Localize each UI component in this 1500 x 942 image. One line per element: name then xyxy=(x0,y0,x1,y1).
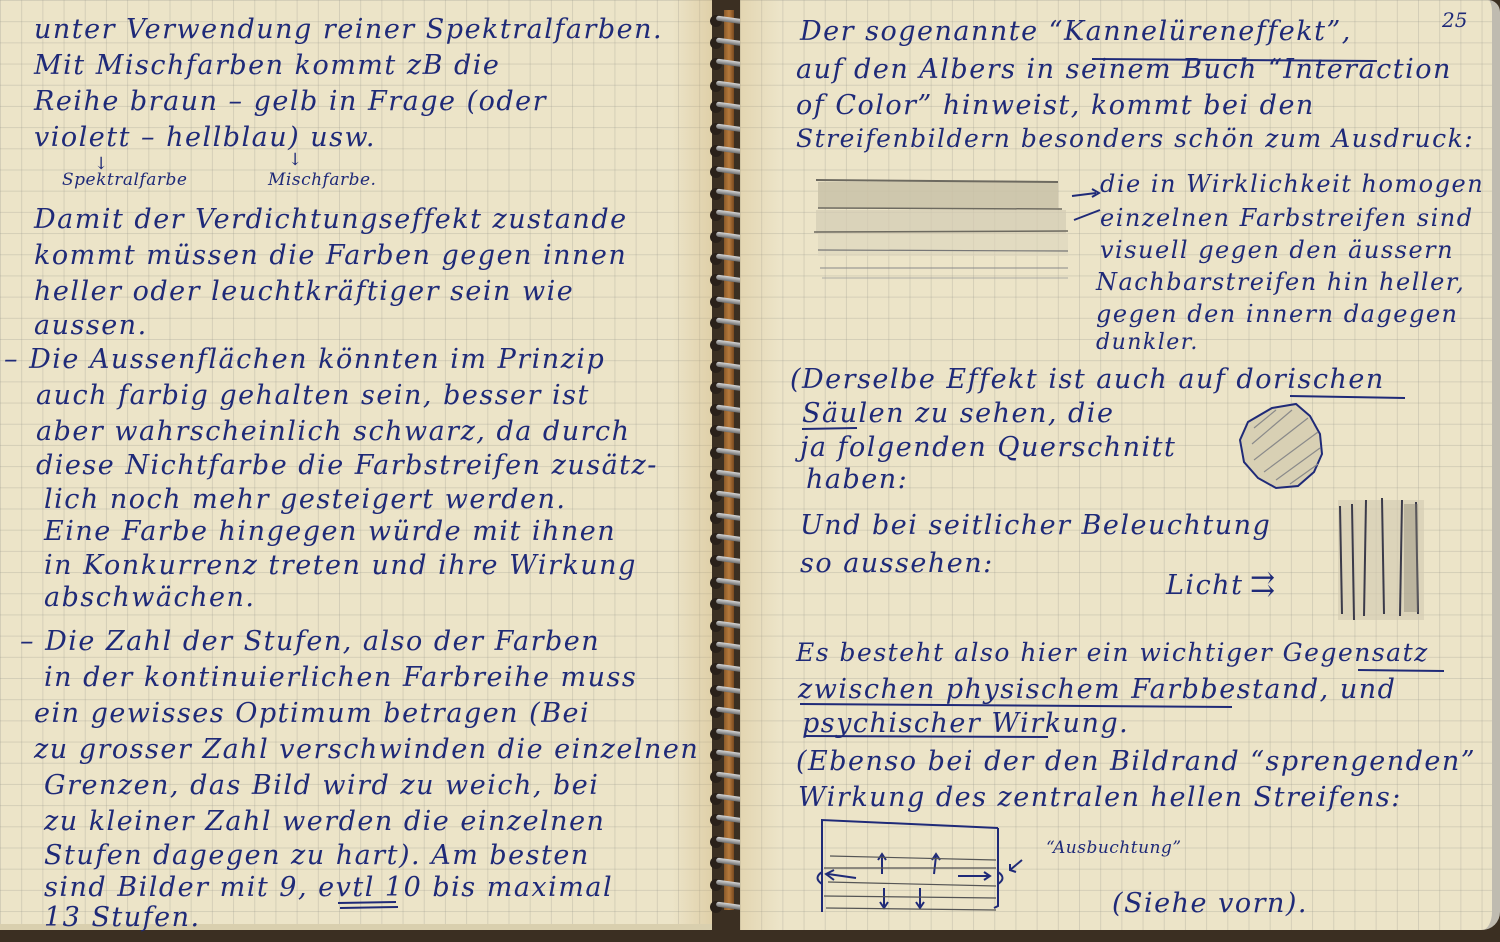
left-p3-line-1: – Die Aussenflächen könnten im Prinzip xyxy=(4,346,605,373)
right-p2-line-1: (Derselbe Effekt ist auch auf dorischen xyxy=(790,366,1385,393)
right-p3-line-1: Und bei seitlicher Beleuchtung xyxy=(800,512,1271,539)
stripe-note-line-4: Nachbarstreifen hin heller, xyxy=(1096,270,1465,294)
left-p2-line-3: heller oder leuchtkräftiger sein wie xyxy=(34,278,574,305)
left-p3-line-3: aber wahrscheinlich schwarz, da durch xyxy=(36,418,631,445)
right-p2-line-2: Säulen zu sehen, die xyxy=(802,400,1114,427)
stripe-note-line-2: einzelnen Farbstreifen sind xyxy=(1100,206,1474,230)
left-p4-line-9: 13 Stufen. xyxy=(44,904,201,931)
right-p5-line-1: (Ebenso bei der den Bildrand “sprengende… xyxy=(796,748,1476,775)
left-p4-line-4: zu grosser Zahl verschwinden die einzeln… xyxy=(34,736,699,763)
picture-edge-diagram xyxy=(812,816,1032,916)
right-p5-line-2: Wirkung des zentralen hellen Streifens: xyxy=(798,784,1402,811)
annotation-mischfarbe: Mischfarbe. xyxy=(268,172,376,189)
underline-dorischen xyxy=(1290,394,1410,400)
stripe-note-line-1: die in Wirklichkeit homogen xyxy=(1100,172,1484,196)
closing-note: (Siehe vorn). xyxy=(1112,890,1308,917)
left-p2-line-2: kommt müssen die Farben gegen innen xyxy=(34,242,627,269)
left-p4-line-2: in der kontinuierlichen Farbreihe muss xyxy=(44,664,637,691)
double-underline-9 xyxy=(336,900,406,912)
stripe-note-line-6: dunkler. xyxy=(1096,332,1199,354)
right-p1-line-4: Streifenbildern besonders schön zum Ausd… xyxy=(796,126,1474,151)
left-p4-line-7: Stufen dagegen zu hart). Am besten xyxy=(44,842,590,869)
left-p4-line-8: sind Bilder mit 9, evtl 10 bis maximal xyxy=(44,874,613,901)
right-p1-line-2: auf den Albers in seinem Buch “Interacti… xyxy=(796,56,1452,83)
left-p3-line-6: Eine Farbe hingegen würde mit ihnen xyxy=(44,518,616,545)
notebook-spread: unter Verwendung reiner Spektralfarben. … xyxy=(0,0,1500,942)
right-p1-line-1: Der sogenannte “Kannelüreneffekt”, xyxy=(800,18,1352,45)
left-p4-line-5: Grenzen, das Bild wird zu weich, bei xyxy=(44,772,599,799)
ausbuchtung-label: “Ausbuchtung” xyxy=(1046,840,1182,857)
right-p4-line-3: psychischer Wirkung. xyxy=(802,710,1129,737)
right-p3-line-2: so aussehen: xyxy=(800,550,994,577)
stripe-note-line-3: visuell gegen den äussern xyxy=(1100,238,1454,262)
right-p2-line-4: haben: xyxy=(806,466,908,493)
doric-column-cross-section xyxy=(1236,402,1326,492)
annotation-spektralfarbe: Spektralfarbe xyxy=(62,172,187,189)
left-line-3: Reihe braun – gelb in Frage (oder xyxy=(34,88,547,115)
right-p2-line-3: ja folgenden Querschnitt xyxy=(800,434,1176,461)
light-label: Licht xyxy=(1166,572,1243,599)
light-arrow-icon: ⇉ xyxy=(1250,570,1277,600)
right-p4-line-1: Es besteht also hier ein wichtiger Gegen… xyxy=(796,640,1429,665)
left-p3-line-7: in Konkurrenz treten und ihre Wirkung xyxy=(44,552,637,579)
left-line-1: unter Verwendung reiner Spektralfarben. xyxy=(34,16,663,43)
left-p2-line-4: aussen. xyxy=(34,312,148,339)
left-line-4: violett – hellblau) usw. xyxy=(34,124,376,151)
left-line-2: Mit Mischfarben kommt zB die xyxy=(34,52,500,79)
left-p4-line-1: – Die Zahl der Stufen, also der Farben xyxy=(20,628,600,655)
lit-column-illustration xyxy=(1330,494,1430,626)
left-p2-line-1: Damit der Verdichtungseffekt zustande xyxy=(34,206,628,233)
right-p1-line-3: of Color” hinweist, kommt bei den xyxy=(796,92,1315,119)
left-p4-line-3: ein gewisses Optimum betragen (Bei xyxy=(34,700,590,727)
left-p3-line-8: abschwächen. xyxy=(44,584,255,611)
arrow-down-icon: ↓ xyxy=(288,152,303,169)
left-p3-line-4: diese Nichtfarbe die Farbstreifen zusätz… xyxy=(36,452,658,479)
right-p4-line-2: zwischen physischem Farbbestand, und xyxy=(798,676,1396,703)
left-p4-line-6: zu kleiner Zahl werden die einzelnen xyxy=(44,808,605,835)
underline-psychischer xyxy=(804,734,1054,740)
stripe-illustration xyxy=(812,174,1112,284)
stripe-note-line-5: gegen den innern dagegen xyxy=(1096,302,1458,326)
left-p3-line-2: auch farbig gehalten sein, besser ist xyxy=(36,382,590,409)
page-number: 25 xyxy=(1442,8,1467,32)
left-p3-line-5: lich noch mehr gesteigert werden. xyxy=(44,486,566,513)
